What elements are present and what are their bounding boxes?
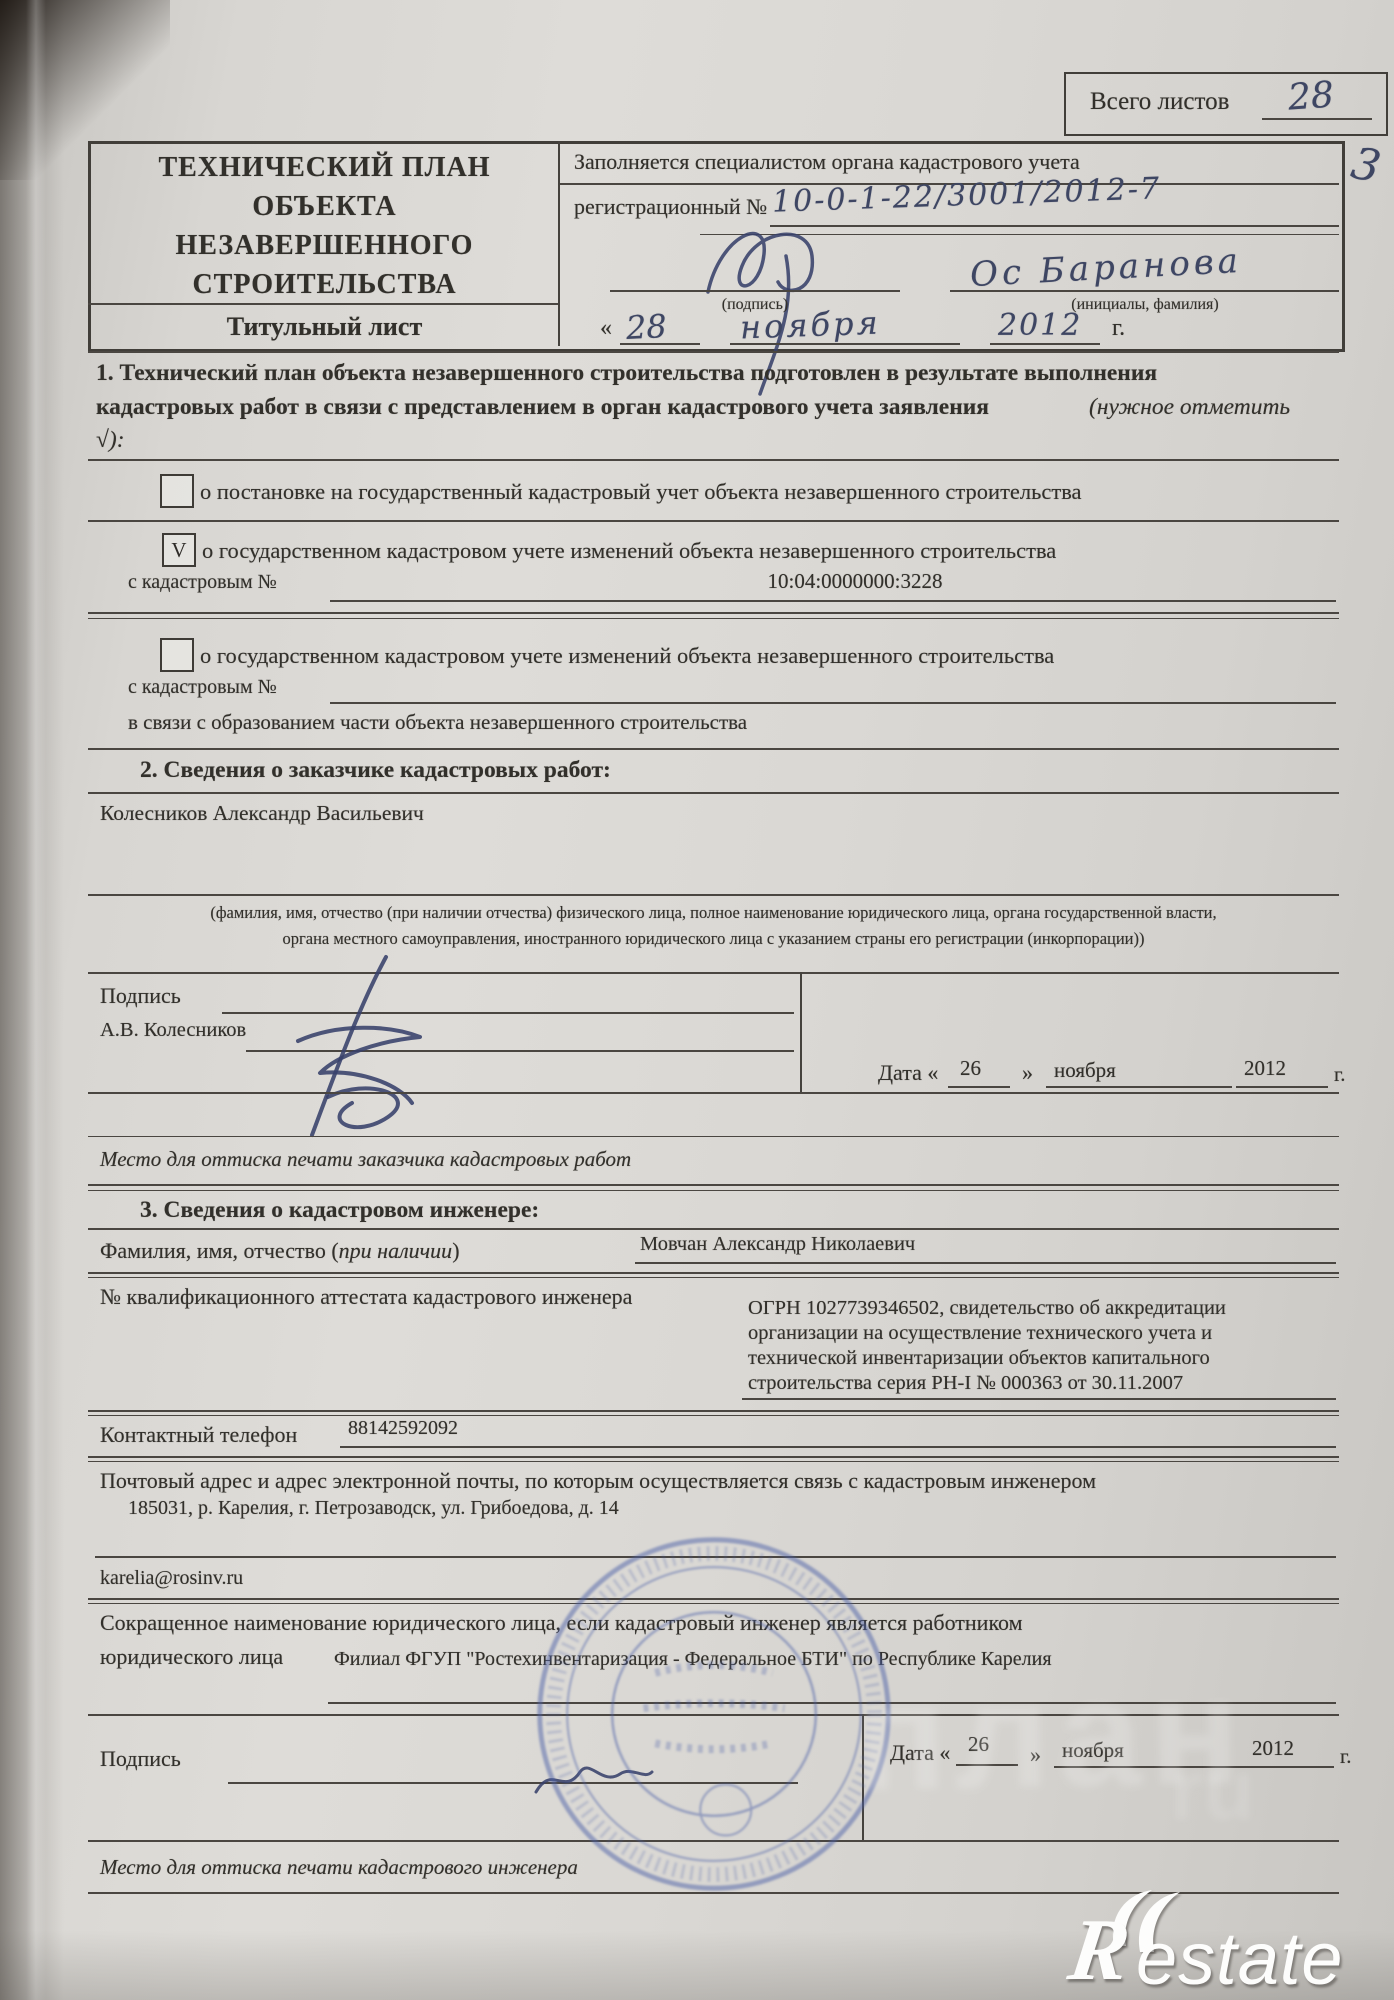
total-sheets-label: Всего листов bbox=[1090, 88, 1229, 116]
stamp-note-bottom2 bbox=[88, 1190, 1339, 1191]
phone-value: 88142592092 bbox=[348, 1417, 458, 1440]
section1-top bbox=[88, 351, 1339, 353]
attestat-line2: организации на осуществление техническог… bbox=[748, 1322, 1212, 1345]
customer-signature bbox=[268, 945, 468, 1150]
cadastral-number-underline bbox=[330, 600, 1336, 602]
section1-line1: 1. Технический план объекта незавершенно… bbox=[96, 360, 1157, 387]
doc-title-line1: ТЕХНИЧЕСКИЙ ПЛАН bbox=[91, 152, 558, 184]
attestat-underline bbox=[742, 1398, 1336, 1400]
cb-row2-bottom bbox=[88, 612, 1339, 614]
engineer-sign-label: Подпись bbox=[100, 1746, 181, 1772]
sign-table-bottom bbox=[88, 1092, 1339, 1094]
fio-underline bbox=[635, 1262, 1336, 1264]
total-sheets-line bbox=[1262, 118, 1372, 120]
checkbox-new-registration-label: о постановке на государственный кадастро… bbox=[200, 479, 1082, 505]
section1-bottom bbox=[88, 459, 1339, 461]
header-date-year-line bbox=[990, 343, 1100, 345]
customer-date-month-line bbox=[1046, 1086, 1232, 1088]
header-date-month: ноября bbox=[739, 304, 881, 347]
address-value: 185031, р. Карелия, г. Петрозаводск, ул.… bbox=[128, 1497, 619, 1520]
fio-row-bottom2 bbox=[88, 1277, 1339, 1278]
cadastral-number-label: с кадастровым № bbox=[128, 571, 277, 594]
title-subtitle-divider bbox=[88, 303, 558, 305]
restate-logo-r: R bbox=[1063, 1900, 1136, 2000]
signature-underline bbox=[610, 290, 900, 292]
section1-line2-italic: (нужное отметить bbox=[1089, 394, 1290, 421]
section1-line2: кадастровых работ в связи с представлени… bbox=[96, 394, 989, 421]
attestat-label: № квалификационного аттестата кадастрово… bbox=[100, 1284, 632, 1310]
checkbox-new-registration bbox=[160, 474, 194, 508]
customer-date-year: 2012 bbox=[1244, 1056, 1286, 1081]
paper-left-fold-shadow bbox=[0, 0, 64, 2000]
customer-signer-name: А.В. Колесников bbox=[100, 1019, 246, 1042]
watermark-ghost-text2: ru bbox=[1170, 1742, 1255, 1840]
checkbox-changes-label: о государственном кадастровом учете изме… bbox=[202, 538, 1056, 564]
spacer-row-line bbox=[88, 1136, 1339, 1137]
header-table-divider bbox=[558, 141, 560, 346]
email-value: karelia@rosinv.ru bbox=[100, 1567, 243, 1590]
attestat-line1: ОГРН 1027739346502, свидетельство об акк… bbox=[748, 1297, 1226, 1320]
engineer-date-year-line bbox=[1244, 1766, 1334, 1768]
doc-title-line3: НЕЗАВЕРШЕННОГО bbox=[91, 230, 558, 262]
filled-by-note: Заполняется специалистом органа кадастро… bbox=[574, 149, 1080, 175]
doc-title-line2: ОБЪЕКТА bbox=[91, 191, 558, 223]
phone-label: Контактный телефон bbox=[100, 1422, 297, 1448]
doc-title-line4: СТРОИТЕЛЬСТВА bbox=[91, 269, 558, 301]
attestat-line4: строительства серия РН-I № 000363 от 30.… bbox=[748, 1372, 1183, 1395]
header-date-day: 28 bbox=[625, 307, 668, 347]
customer-stamp-note: Место для оттиска печати заказчика кадас… bbox=[100, 1147, 631, 1172]
customer-date-day-line bbox=[948, 1086, 1010, 1088]
customer-sign-label: Подпись bbox=[100, 983, 181, 1009]
phone-row-bottom bbox=[88, 1456, 1339, 1458]
customer-name: Колесников Александр Васильевич bbox=[100, 801, 424, 826]
customer-cell-bottom bbox=[88, 894, 1339, 896]
phone-underline bbox=[340, 1446, 1336, 1448]
cb-row2-bottom2 bbox=[88, 618, 1339, 619]
engineer-date-year: 2012 bbox=[1252, 1736, 1294, 1761]
checkbox-part-formation bbox=[160, 638, 194, 672]
cb-row3-bottom bbox=[88, 748, 1339, 750]
header-date-g: г. bbox=[1112, 315, 1125, 342]
customer-date-close: » bbox=[1022, 1060, 1033, 1086]
customer-date-prefix: Дата « bbox=[878, 1060, 938, 1086]
customer-note-line1: (фамилия, имя, отчество (при наличии отч… bbox=[92, 903, 1335, 923]
cadastral-number2-label: с кадастровым № bbox=[128, 676, 277, 699]
fio-label-close: ) bbox=[452, 1238, 459, 1263]
checkbox-changes-registration: V bbox=[162, 533, 196, 567]
part-formation-extra: в связи с образованием части объекта нез… bbox=[128, 710, 747, 735]
attestat-line3: технической инвентаризации объектов капи… bbox=[748, 1347, 1210, 1370]
section2-heading-bottom bbox=[88, 792, 1339, 794]
customer-date-year-line bbox=[1236, 1086, 1328, 1088]
attestat-row-bottom bbox=[88, 1410, 1339, 1412]
address-label: Почтовый адрес и адрес электронной почты… bbox=[100, 1468, 1096, 1494]
fio-label: Фамилия, имя, отчество (при наличии) bbox=[100, 1238, 460, 1264]
fio-row-bottom bbox=[88, 1272, 1339, 1274]
fio-label-normal: Фамилия, имя, отчество ( bbox=[100, 1238, 339, 1263]
header-date-open: « bbox=[600, 315, 612, 342]
restate-watermark-logo: R estate bbox=[1050, 1900, 1394, 2000]
header-date-year: 2012 bbox=[998, 308, 1082, 343]
restate-logo-text: estate bbox=[1136, 1916, 1344, 2000]
fio-value: Мовчан Александр Николаевич bbox=[640, 1233, 915, 1256]
engineer-date-g: г. bbox=[1340, 1744, 1352, 1769]
engineer-stamp-note: Место для оттиска печати кадастрового ин… bbox=[100, 1855, 578, 1880]
fio-label-italic: при наличии bbox=[339, 1238, 453, 1263]
paper-crease bbox=[26, 0, 46, 2000]
cadastral-number2-underline bbox=[330, 702, 1336, 704]
customer-date-day: 26 bbox=[960, 1056, 981, 1081]
section2-heading: 2. Сведения о заказчике кадастровых рабо… bbox=[140, 757, 611, 784]
sign-table-divider bbox=[800, 972, 802, 1092]
customer-date-g: г. bbox=[1334, 1062, 1346, 1087]
section3-heading-bottom bbox=[88, 1228, 1339, 1230]
cadastral-number-value: 10:04:0000000:3228 bbox=[380, 569, 1330, 594]
org-label-line2: юридического лица bbox=[100, 1644, 283, 1670]
scanned-document-photo: Всего листов 28 ТЕХНИЧЕСКИЙ ПЛАН ОБЪЕКТА… bbox=[0, 0, 1394, 2000]
reg-number-tail: 3 bbox=[1347, 138, 1385, 194]
section1-line3: √): bbox=[96, 427, 125, 454]
stamp-note-bottom bbox=[88, 1184, 1339, 1186]
attestat-row-bottom2 bbox=[88, 1415, 1339, 1416]
phone-row-bottom2 bbox=[88, 1461, 1339, 1462]
cb-row1-bottom bbox=[88, 520, 1339, 522]
total-sheets-value: 28 bbox=[1287, 74, 1336, 118]
customer-date-month: ноября bbox=[1054, 1058, 1116, 1083]
checkbox-part-formation-label: о государственном кадастровом учете изме… bbox=[200, 643, 1054, 669]
doc-subtitle: Титульный лист bbox=[91, 312, 558, 342]
round-stamp bbox=[528, 1528, 900, 1900]
section3-heading: 3. Сведения о кадастровом инженере: bbox=[140, 1197, 539, 1224]
